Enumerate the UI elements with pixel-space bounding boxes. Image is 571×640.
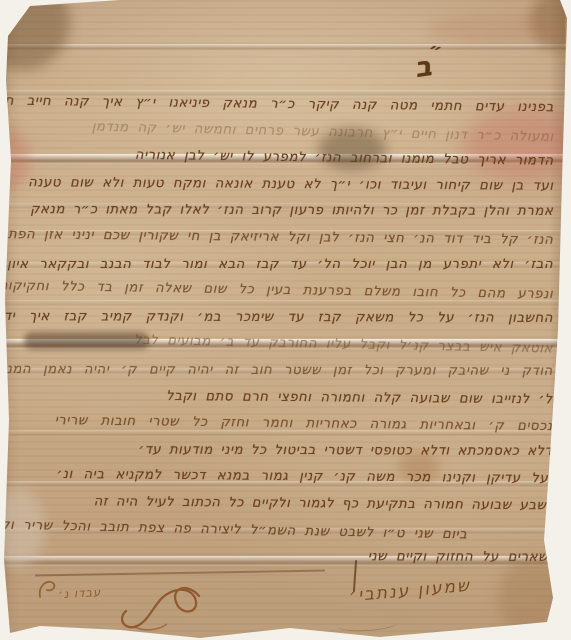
manuscript-line: נכסים ק׳ ובאחריות גמורה כאחריות וחמר וחז…	[30, 413, 553, 446]
manuscript-paper: ב ״ בפנינו עדים חתמי מטה קנה קיקר כ״ר מנ…	[0, 0, 571, 640]
header-invocation-mark: ב ״	[413, 51, 434, 84]
fold-crease	[0, 44, 571, 51]
manuscript-line: אמרת והלן בקבלת זמן כר ולהיותו פרעון קרו…	[30, 202, 553, 230]
manuscript-line: דלא כאסמכתא ודלא כטופסי דשטרי בביטול כל …	[30, 442, 553, 470]
signature-curl-mark	[36, 577, 58, 607]
faint-stain	[428, 14, 563, 44]
manuscript-line: הנז׳ קל ביד דוד הנ׳ חצי הנז׳ לבן וקל ארי…	[30, 227, 553, 259]
manuscript-line: ועד בן שום קיחור ועיבוד וכו׳ י״ך לא טענת…	[30, 175, 553, 205]
manuscript-text-block: בפנינו עדים חתמי מטה קנה קיקר כ״ר מנאק פ…	[29, 96, 554, 577]
manuscript-line: הודק ני שהיבק ומערק וכל זמן ששטר חוב זה …	[30, 362, 553, 390]
signature-left-small: עבדו נ׳	[58, 585, 102, 601]
scanned-manuscript-page: { "palette": { "paper_color": "#cbae8a",…	[0, 0, 571, 640]
signature-flourish-paraph	[115, 580, 207, 640]
